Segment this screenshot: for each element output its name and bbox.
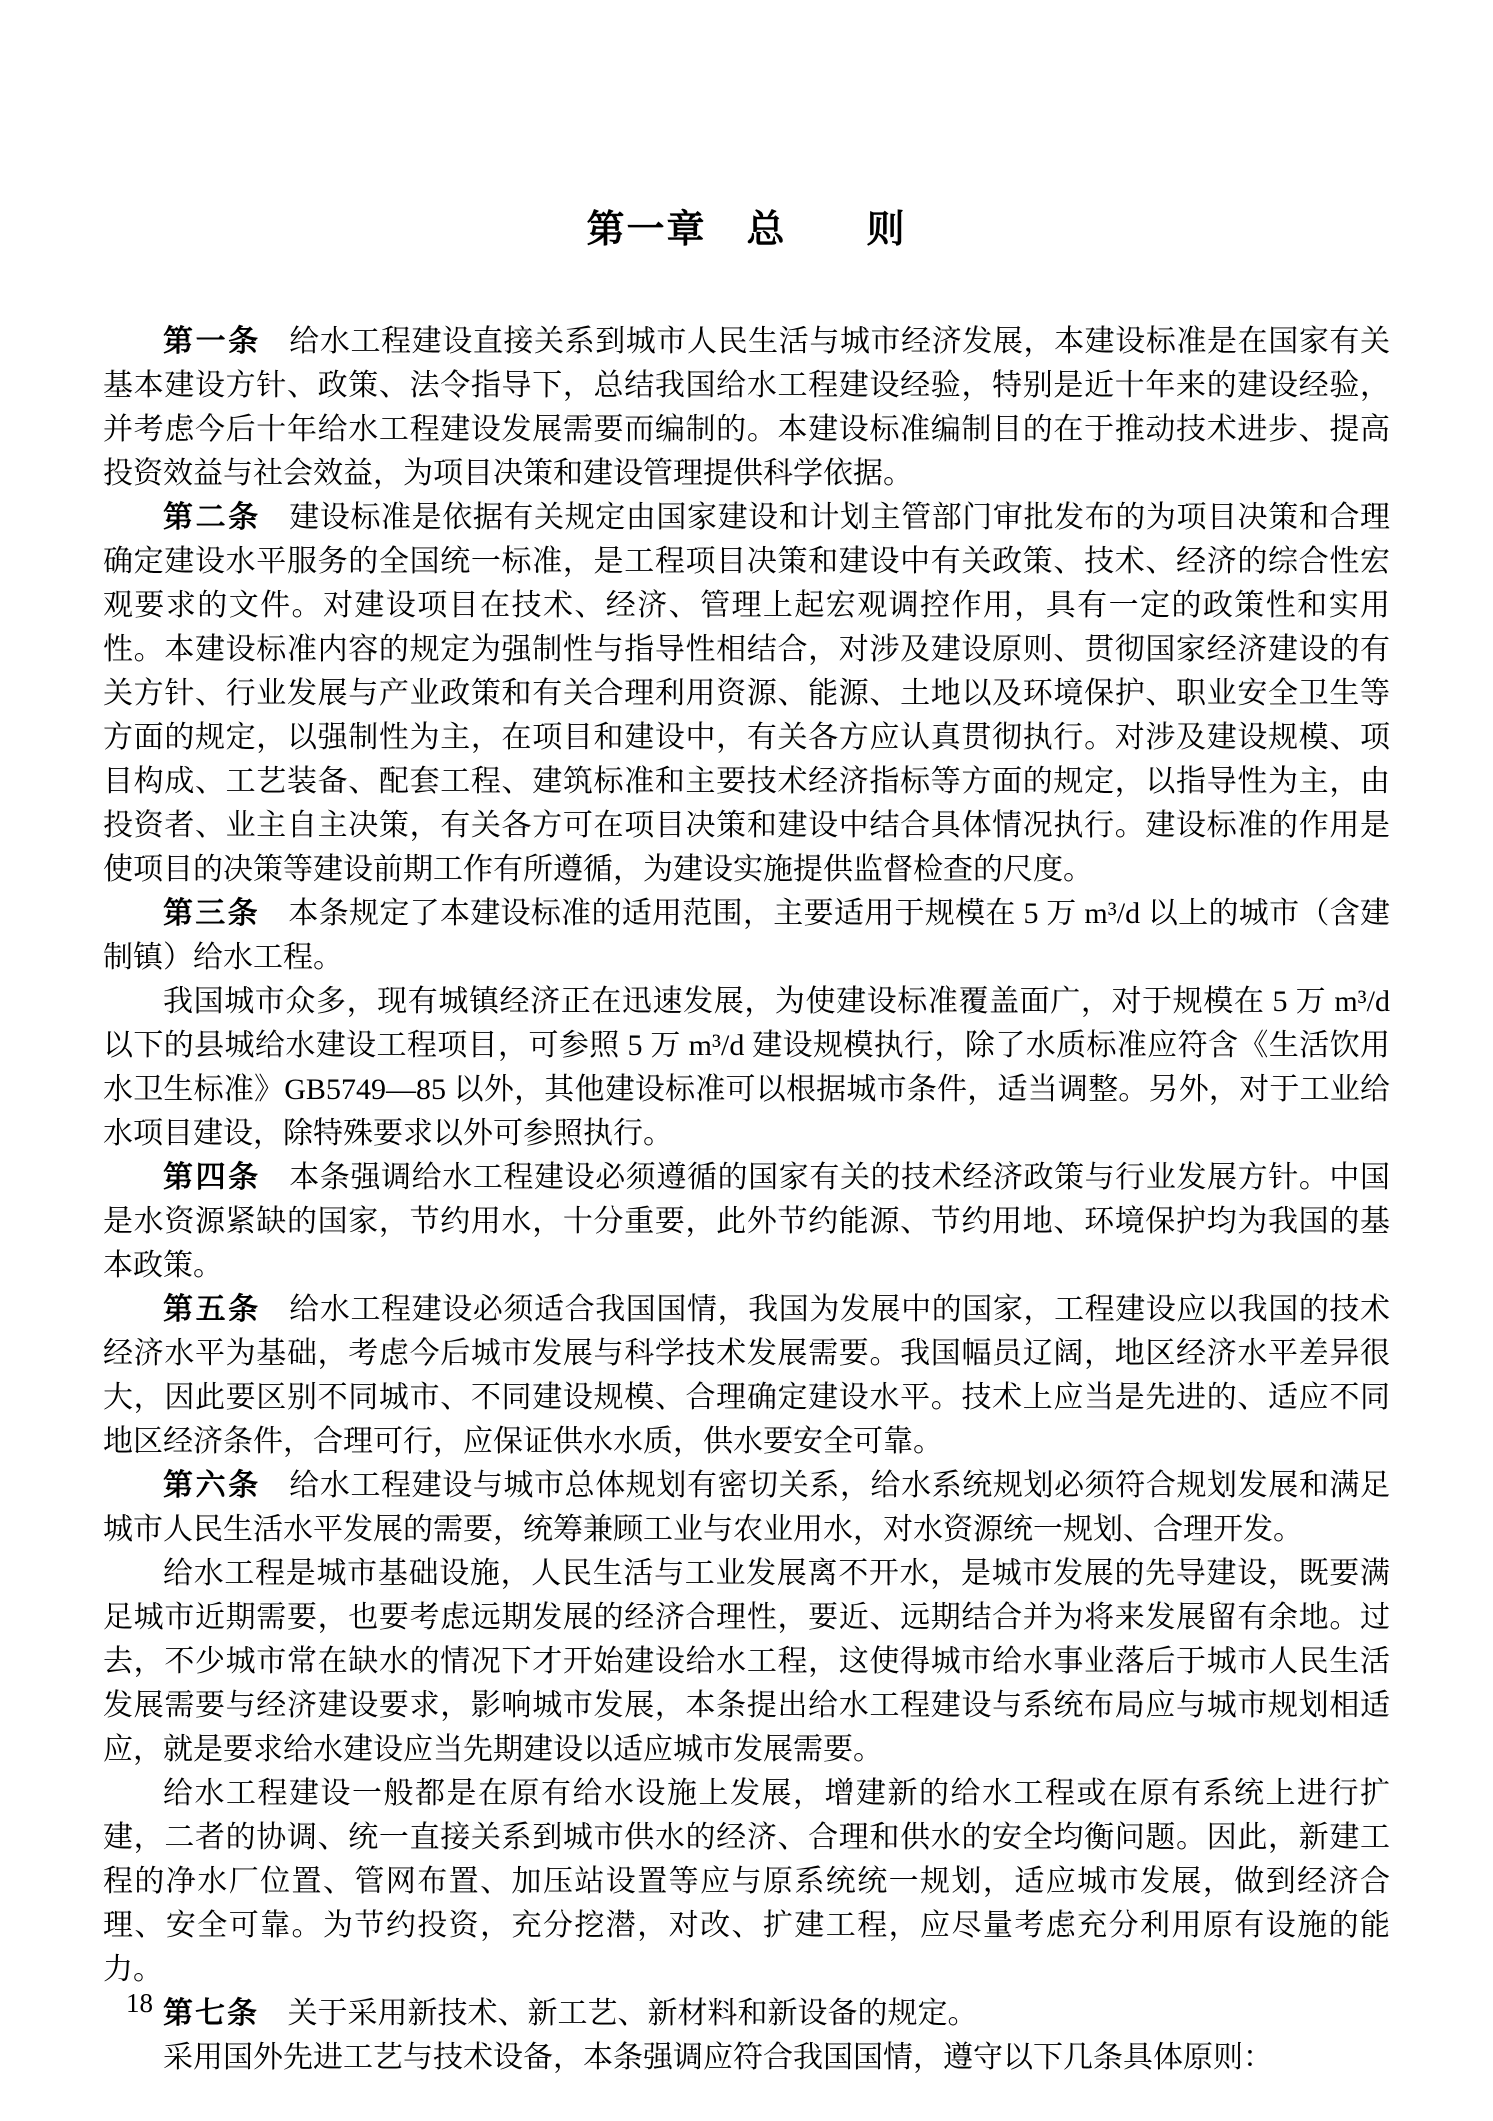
document-page: 第一章 总 则 第一条给水工程建设直接关系到城市人民生活与城市经济发展，本建设标… [0, 0, 1493, 2121]
article-label: 第六条 [163, 1469, 261, 1502]
paragraph-text: 本条规定了本建设标准的适用范围，主要适用于规模在 5 万 m³/d 以上的城市（… [103, 897, 1390, 974]
paragraph-article-1: 第一条给水工程建设直接关系到城市人民生活与城市经济发展，本建设标准是在国家有关基… [103, 320, 1390, 496]
paragraph-article-7: 第七条关于采用新技术、新工艺、新材料和新设备的规定。 [103, 1992, 1390, 2036]
article-label: 第四条 [163, 1161, 261, 1194]
paragraph-text: 建设标准是依据有关规定由国家建设和计划主管部门审批发布的为项目决策和合理确定建设… [103, 501, 1390, 886]
document-body: 第一条给水工程建设直接关系到城市人民生活与城市经济发展，本建设标准是在国家有关基… [103, 320, 1390, 2080]
paragraph-article-3: 第三条本条规定了本建设标准的适用范围，主要适用于规模在 5 万 m³/d 以上的… [103, 892, 1390, 980]
page-number: 18 [126, 1988, 153, 2018]
paragraph-note-article-3: 我国城市众多，现有城镇经济正在迅速发展，为使建设标准覆盖面广，对于规模在 5 万… [103, 980, 1390, 1156]
paragraph-text: 给水工程建设与城市总体规划有密切关系，给水系统规划必须符合规划发展和满足城市人民… [103, 1469, 1390, 1546]
paragraph-article-2: 第二条建设标准是依据有关规定由国家建设和计划主管部门审批发布的为项目决策和合理确… [103, 496, 1390, 892]
chapter-title: 第一章 总 则 [0, 0, 1493, 252]
paragraph-article-6: 第六条给水工程建设与城市总体规划有密切关系，给水系统规划必须符合规划发展和满足城… [103, 1464, 1390, 1552]
paragraph-article-5: 第五条给水工程建设必须适合我国国情，我国为发展中的国家，工程建设应以我国的技术经… [103, 1288, 1390, 1464]
paragraph-text: 给水工程建设直接关系到城市人民生活与城市经济发展，本建设标准是在国家有关基本建设… [103, 325, 1390, 490]
paragraph-note-article-6a: 给水工程是城市基础设施，人民生活与工业发展离不开水，是城市发展的先导建设，既要满… [103, 1552, 1390, 1772]
article-label: 第七条 [163, 1997, 259, 2030]
paragraph-text: 关于采用新技术、新工艺、新材料和新设备的规定。 [288, 1997, 978, 2030]
paragraph-text: 给水工程建设一般都是在原有给水设施上发展，增建新的给水工程或在原有系统上进行扩建… [103, 1777, 1390, 1986]
paragraph-note-article-6b: 给水工程建设一般都是在原有给水设施上发展，增建新的给水工程或在原有系统上进行扩建… [103, 1772, 1390, 1992]
paragraph-text: 本条强调给水工程建设必须遵循的国家有关的技术经济政策与行业发展方针。中国是水资源… [103, 1161, 1390, 1282]
paragraph-text: 给水工程建设必须适合我国国情，我国为发展中的国家，工程建设应以我国的技术经济水平… [103, 1293, 1390, 1458]
article-label: 第五条 [163, 1293, 261, 1326]
paragraph-article-4: 第四条本条强调给水工程建设必须遵循的国家有关的技术经济政策与行业发展方针。中国是… [103, 1156, 1390, 1288]
paragraph-note-article-7: 采用国外先进工艺与技术设备，本条强调应符合我国国情，遵守以下几条具体原则： [103, 2036, 1390, 2080]
article-label: 第一条 [163, 325, 261, 358]
paragraph-text: 采用国外先进工艺与技术设备，本条强调应符合我国国情，遵守以下几条具体原则： [163, 2041, 1273, 2074]
article-label: 第二条 [163, 501, 261, 534]
paragraph-text: 我国城市众多，现有城镇经济正在迅速发展，为使建设标准覆盖面广，对于规模在 5 万… [103, 985, 1390, 1150]
paragraph-text: 给水工程是城市基础设施，人民生活与工业发展离不开水，是城市发展的先导建设，既要满… [103, 1557, 1390, 1766]
article-label: 第三条 [163, 897, 260, 930]
